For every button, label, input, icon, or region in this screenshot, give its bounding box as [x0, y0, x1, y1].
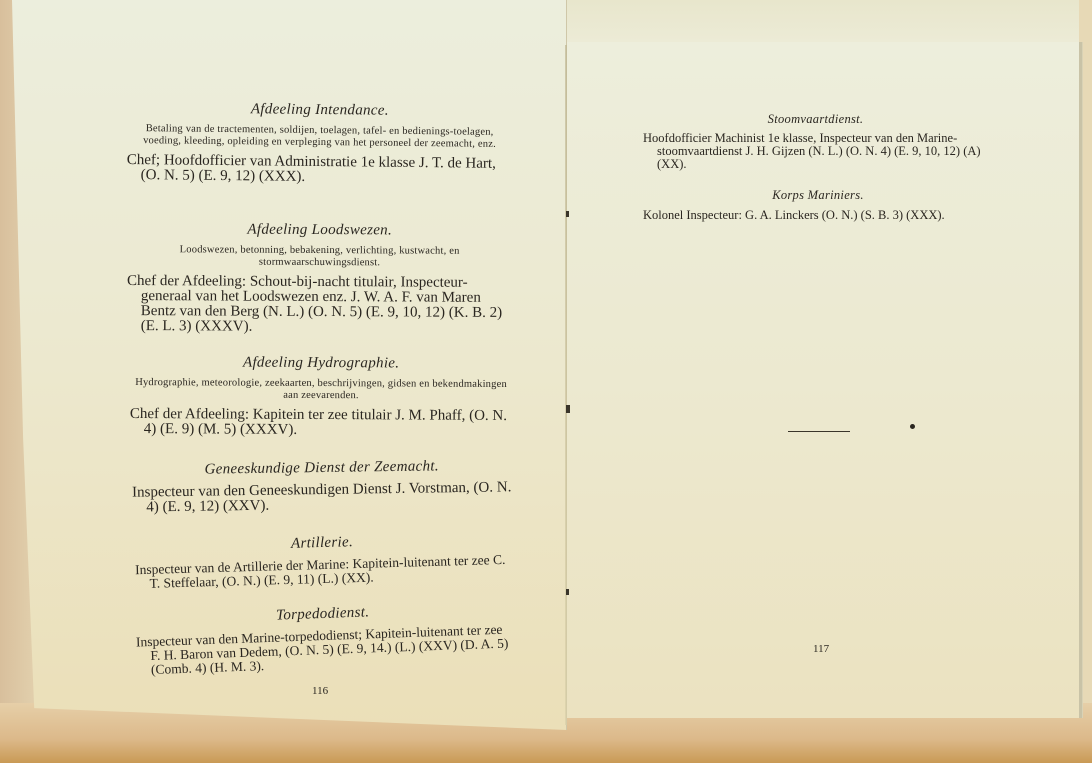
gutter-mark — [566, 589, 569, 595]
book-gutter — [565, 45, 567, 725]
ink-dot — [910, 424, 915, 429]
section-heading: Korps Mariniers. — [643, 188, 993, 203]
gutter-mark — [566, 405, 570, 413]
section-body: Chef der Afdeeling: Kapitein ter zee tit… — [130, 407, 512, 439]
section-body: Inspecteur van den Geneeskundigen Dienst… — [132, 480, 512, 515]
section-body: Chef der Afdeeling: Schout-bij-nacht tit… — [127, 274, 512, 336]
right-page-top-shadow — [567, 0, 1079, 42]
gutter-mark — [566, 211, 569, 217]
section-description: Betaling van de tractementen, soldijen, … — [127, 123, 512, 151]
section-stoomvaartdienst: Stoomvaartdienst. Hoofdofficier Machinis… — [643, 112, 988, 171]
page-number-left: 116 — [312, 685, 328, 697]
section-artillerie: Artillerie. Inspecteur van de Artillerie… — [134, 530, 510, 591]
section-body: Chef; Hoofdofficier van Administratie 1e… — [127, 153, 512, 187]
section-heading: Afdeeling Hydrographie. — [130, 354, 512, 373]
section-heading: Afdeeling Loodswezen. — [127, 221, 512, 240]
section-loodswezen: Afdeeling Loodswezen. Loodswezen, betonn… — [127, 221, 513, 336]
section-description: Hydrographie, meteorologie, zeekaarten, … — [130, 377, 512, 403]
page-number-right: 117 — [813, 643, 829, 655]
section-heading: Stoomvaartdienst. — [643, 112, 988, 127]
section-geneeskundige-dienst: Geneeskundige Dienst der Zeemacht. Inspe… — [132, 457, 513, 515]
section-body: Hoofdofficier Machinist 1e klasse, Inspe… — [643, 132, 988, 171]
section-body: Kolonel Inspecteur: G. A. Linckers (O. N… — [643, 209, 993, 222]
section-torpedodienst: Torpedodienst. Inspecteur van den Marine… — [135, 599, 512, 677]
section-korps-mariniers: Korps Mariniers. Kolonel Inspecteur: G. … — [643, 188, 993, 222]
section-heading: Afdeeling Intendance. — [127, 100, 512, 121]
section-hydrographie: Afdeeling Hydrographie. Hydrographie, me… — [130, 354, 512, 439]
section-description: Loodswezen, betonning, bebakening, verli… — [127, 244, 512, 270]
divider-dash — [788, 431, 850, 432]
section-intendance: Afdeeling Intendance. Betaling van de tr… — [127, 100, 513, 187]
